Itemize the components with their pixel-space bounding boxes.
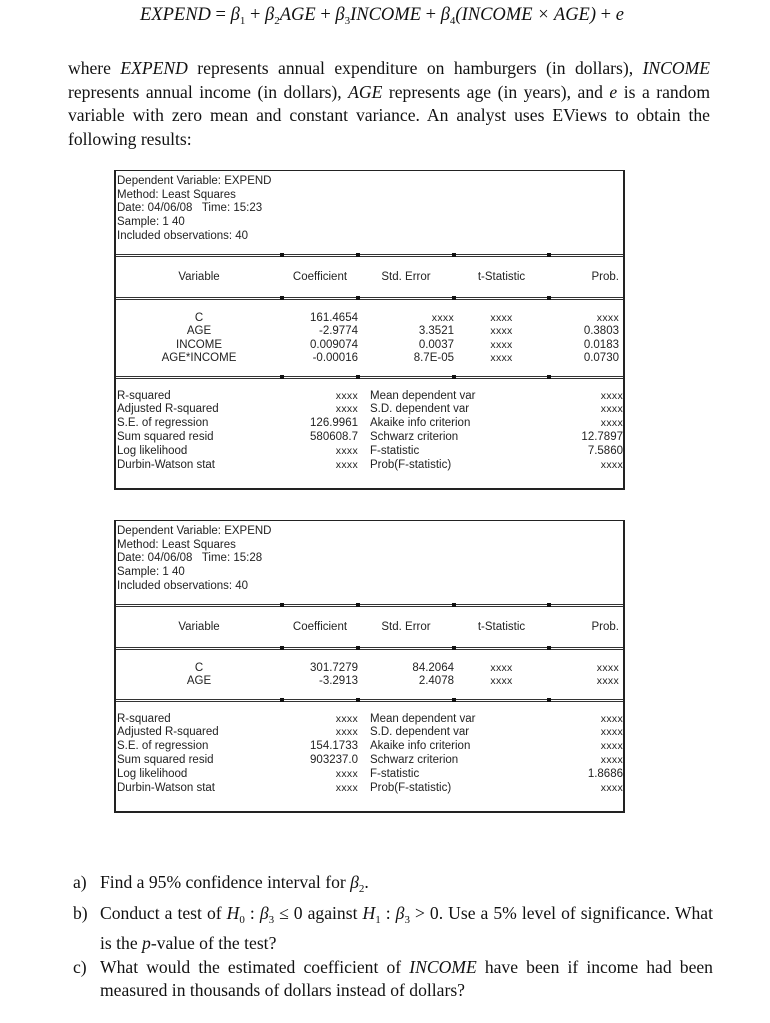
cell: 0.3803	[549, 325, 619, 339]
stat-value: 1.8686	[553, 768, 623, 782]
stat-label: Schwarz criterion	[370, 431, 553, 445]
column-tick	[547, 375, 551, 379]
math-symbol: β	[260, 903, 269, 923]
coefficient-rows: C301.727984.2064xxxxxxxxAGE-3.29132.4078…	[116, 650, 623, 699]
stat-label: Akaike info criterion	[370, 740, 553, 754]
table-row: AGE-3.29132.4078xxxxxxxx	[116, 675, 623, 689]
stat-value: xxxx	[280, 768, 358, 782]
column-tick	[547, 253, 551, 257]
column-tick	[547, 603, 551, 607]
summary-statistics: R-squaredxxxxMean dependent varxxxxAdjus…	[116, 702, 623, 812]
stat-label: R-squared	[117, 390, 280, 404]
question-label: b)	[73, 902, 100, 956]
subscript: 2	[359, 883, 365, 895]
column-tick	[356, 375, 360, 379]
table-divider	[116, 297, 623, 300]
column-header: Std. Error	[358, 621, 454, 633]
column-headers: VariableCoefficientStd. Errort-Statistic…	[116, 257, 623, 297]
stat-value: xxxx	[280, 459, 358, 473]
intro-paragraph: where EXPEND represents annual expenditu…	[68, 57, 710, 151]
cell: C	[116, 662, 282, 676]
stat-value: xxxx	[553, 726, 623, 740]
stat-value: xxxx	[280, 782, 358, 796]
spacer	[358, 713, 370, 727]
column-tick	[356, 698, 360, 702]
column-tick	[356, 296, 360, 300]
column-header: Coefficient	[282, 271, 358, 283]
table-divider	[116, 699, 623, 702]
math-symbol: β	[350, 872, 359, 892]
stat-label: Mean dependent var	[370, 713, 553, 727]
column-tick	[280, 646, 284, 650]
column-header: Prob.	[549, 271, 619, 283]
table-row: INCOME0.0090740.0037xxxx0.0183	[116, 339, 623, 353]
header-line: Date: 04/06/08 Time: 15:28	[117, 552, 623, 566]
stat-value: 580608.7	[280, 431, 358, 445]
stat-value: xxxx	[553, 390, 623, 404]
column-tick	[280, 375, 284, 379]
subscript: 3	[269, 914, 275, 926]
cell: -2.9774	[282, 325, 358, 339]
stat-value: 154.1733	[280, 740, 358, 754]
spacer	[358, 768, 370, 782]
header-line: Dependent Variable: EXPEND	[117, 525, 623, 539]
column-tick	[547, 646, 551, 650]
stat-value: xxxx	[280, 726, 358, 740]
column-header: Std. Error	[358, 271, 454, 283]
cell: 301.7279	[282, 662, 358, 676]
column-tick	[452, 253, 456, 257]
table-row: AGE*INCOME-0.000168.7E-05xxxx0.0730	[116, 352, 623, 366]
spacer	[358, 417, 370, 431]
cell: xxxx	[454, 352, 549, 366]
cell: AGE*INCOME	[116, 352, 282, 366]
cell: 3.3521	[358, 325, 454, 339]
column-header: Variable	[116, 271, 282, 283]
spacer	[358, 754, 370, 768]
cell: xxxx	[454, 312, 549, 326]
question-item: c)What would the estimated coefficient o…	[73, 956, 713, 1003]
header-line: Method: Least Squares	[117, 539, 623, 553]
column-tick	[356, 253, 360, 257]
stat-label: Akaike info criterion	[370, 417, 553, 431]
cell: -0.00016	[282, 352, 358, 366]
column-tick	[452, 646, 456, 650]
column-tick	[356, 603, 360, 607]
eviews-output-table: Dependent Variable: EXPENDMethod: Least …	[114, 170, 625, 490]
column-tick	[452, 603, 456, 607]
stat-label: Schwarz criterion	[370, 754, 553, 768]
column-header: Prob.	[549, 621, 619, 633]
cell: xxxx	[549, 312, 619, 326]
stat-label: S.E. of regression	[117, 417, 280, 431]
table-divider	[116, 604, 623, 607]
column-header: t-Statistic	[454, 271, 549, 283]
stat-label: Sum squared resid	[117, 431, 280, 445]
column-header: Coefficient	[282, 621, 358, 633]
stat-value: 12.7897	[553, 431, 623, 445]
subscript: 1	[375, 914, 381, 926]
table-row: AGE-2.97743.3521xxxx0.3803	[116, 325, 623, 339]
question-item: a)Find a 95% confidence interval for β2.	[73, 871, 713, 902]
question-text: Find a 95% confidence interval for β2.	[100, 871, 713, 902]
cell: xxxx	[454, 675, 549, 689]
estimation-header: Dependent Variable: EXPENDMethod: Least …	[116, 171, 623, 254]
stat-value: xxxx	[553, 782, 623, 796]
stat-label: Adjusted R-squared	[117, 726, 280, 740]
cell: 0.0730	[549, 352, 619, 366]
cell: 8.7E-05	[358, 352, 454, 366]
stat-value: xxxx	[553, 459, 623, 473]
column-tick	[547, 698, 551, 702]
stat-label: Adjusted R-squared	[117, 403, 280, 417]
table-row: C301.727984.2064xxxxxxxx	[116, 662, 623, 676]
stat-value: xxxx	[553, 740, 623, 754]
stat-label: Durbin-Watson stat	[117, 782, 280, 796]
stat-value: xxxx	[553, 754, 623, 768]
cell: 0.0183	[549, 339, 619, 353]
spacer	[358, 740, 370, 754]
coefficient-rows: C161.4654xxxxxxxxxxxxAGE-2.97743.3521xxx…	[116, 300, 623, 376]
stat-label: Log likelihood	[117, 768, 280, 782]
stat-label: F-statistic	[370, 445, 553, 459]
question-label: c)	[73, 956, 100, 1003]
stat-value: 903237.0	[280, 754, 358, 768]
stat-label: Durbin-Watson stat	[117, 459, 280, 473]
cell: xxxx	[454, 339, 549, 353]
column-tick	[356, 646, 360, 650]
question-list: a)Find a 95% confidence interval for β2.…	[73, 871, 713, 1003]
question-label: a)	[73, 871, 100, 902]
cell: 0.009074	[282, 339, 358, 353]
column-header: Variable	[116, 621, 282, 633]
table-divider	[116, 376, 623, 379]
stat-value: 126.9961	[280, 417, 358, 431]
stat-label: S.D. dependent var	[370, 403, 553, 417]
spacer	[358, 431, 370, 445]
stat-label: S.E. of regression	[117, 740, 280, 754]
regression-equation: EXPEND = β1 + β2AGE + β3INCOME + β4(INCO…	[140, 5, 624, 27]
spacer	[358, 459, 370, 473]
cell: 161.4654	[282, 312, 358, 326]
math-symbol: p	[142, 933, 151, 953]
cell: xxxx	[454, 325, 549, 339]
cell: xxxx	[549, 662, 619, 676]
column-header: t-Statistic	[454, 621, 549, 633]
cell: xxxx	[454, 662, 549, 676]
stat-label: Sum squared resid	[117, 754, 280, 768]
column-tick	[452, 296, 456, 300]
table-divider	[116, 254, 623, 257]
stat-value: xxxx	[553, 403, 623, 417]
cell: 2.4078	[358, 675, 454, 689]
stat-value: 7.5860	[553, 445, 623, 459]
summary-statistics: R-squaredxxxxMean dependent varxxxxAdjus…	[116, 379, 623, 489]
table-divider	[116, 647, 623, 650]
stat-value: xxxx	[280, 390, 358, 404]
column-tick	[280, 603, 284, 607]
column-tick	[280, 253, 284, 257]
spacer	[358, 726, 370, 740]
cell: 0.0037	[358, 339, 454, 353]
stat-label: Prob(F-statistic)	[370, 459, 553, 473]
header-line: Included observations: 40	[117, 580, 623, 594]
cell: AGE	[116, 325, 282, 339]
header-line: Included observations: 40	[117, 230, 623, 244]
stat-label: S.D. dependent var	[370, 726, 553, 740]
cell: C	[116, 312, 282, 326]
cell: 84.2064	[358, 662, 454, 676]
cell: AGE	[116, 675, 282, 689]
header-line: Dependent Variable: EXPEND	[117, 175, 623, 189]
question-text: What would the estimated coefficient of …	[100, 956, 713, 1003]
question-text: Conduct a test of H0 : β3 ≤ 0 against H1…	[100, 902, 713, 956]
stat-value: xxxx	[553, 417, 623, 431]
spacer	[358, 403, 370, 417]
stat-label: R-squared	[117, 713, 280, 727]
spacer	[358, 445, 370, 459]
question-item: b)Conduct a test of H0 : β3 ≤ 0 against …	[73, 902, 713, 956]
column-headers: VariableCoefficientStd. Errort-Statistic…	[116, 607, 623, 647]
header-line: Method: Least Squares	[117, 189, 623, 203]
column-tick	[547, 296, 551, 300]
cell: INCOME	[116, 339, 282, 353]
math-symbol: H	[363, 903, 376, 923]
math-symbol: H	[227, 903, 240, 923]
header-line: Date: 04/06/08 Time: 15:23	[117, 202, 623, 216]
cell: xxxx	[358, 312, 454, 326]
header-line: Sample: 1 40	[117, 216, 623, 230]
subscript: 3	[404, 914, 410, 926]
cell: xxxx	[549, 675, 619, 689]
math-symbol: INCOME	[409, 957, 476, 977]
subscript: 0	[239, 914, 245, 926]
stat-value: xxxx	[280, 403, 358, 417]
column-tick	[452, 698, 456, 702]
stat-value: xxxx	[280, 445, 358, 459]
stat-label: Prob(F-statistic)	[370, 782, 553, 796]
spacer	[358, 390, 370, 404]
stat-label: Log likelihood	[117, 445, 280, 459]
cell: -3.2913	[282, 675, 358, 689]
spacer	[358, 782, 370, 796]
column-tick	[280, 698, 284, 702]
estimation-header: Dependent Variable: EXPENDMethod: Least …	[116, 521, 623, 604]
header-line: Sample: 1 40	[117, 566, 623, 580]
equation-lhs: EXPEND	[140, 5, 211, 25]
stat-label: Mean dependent var	[370, 390, 553, 404]
stat-value: xxxx	[553, 713, 623, 727]
stat-value: xxxx	[280, 713, 358, 727]
table-row: C161.4654xxxxxxxxxxxx	[116, 312, 623, 326]
column-tick	[452, 375, 456, 379]
column-tick	[280, 296, 284, 300]
stat-label: F-statistic	[370, 768, 553, 782]
eviews-output-table: Dependent Variable: EXPENDMethod: Least …	[114, 520, 625, 813]
